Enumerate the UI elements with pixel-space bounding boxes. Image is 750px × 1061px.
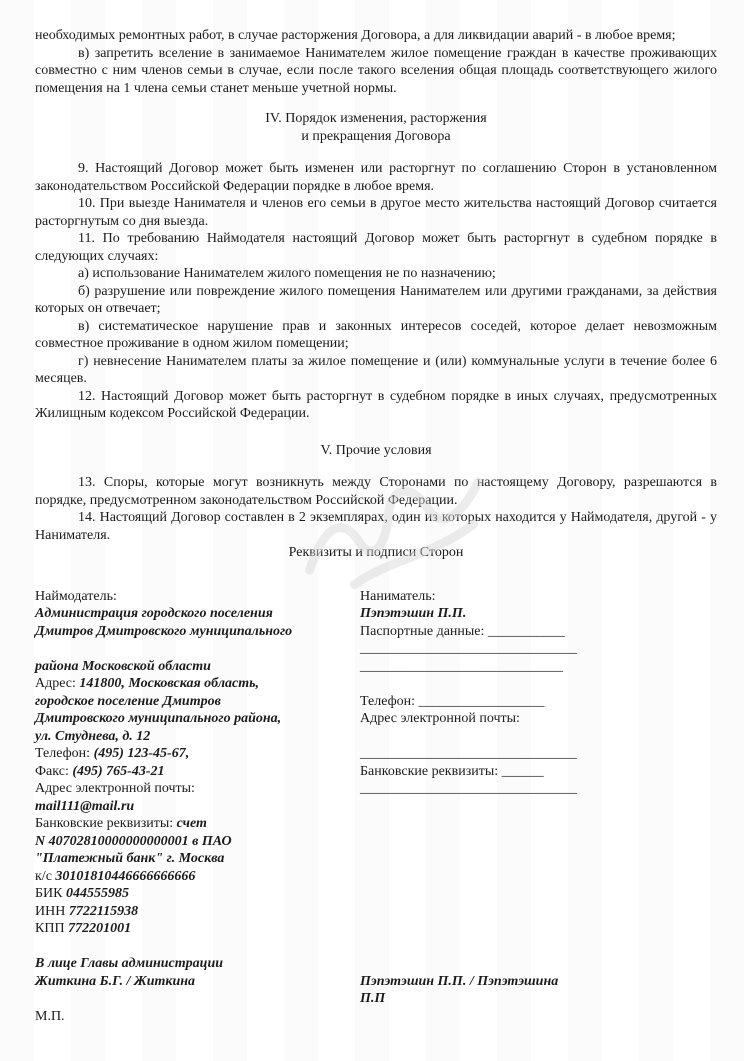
landlord-line: БИК 044555985 [35,885,346,903]
requisites-heading: Реквизиты и подписи Сторон [35,544,717,562]
tenant-line: Адрес электронной почты: [360,710,717,728]
landlord-line: Факс: (495) 765-43-21 [35,763,346,781]
field-label: Наймодатель: [35,589,117,604]
landlord-line: ул. Студнева, д. 12 [35,728,346,746]
field-value: 141800, Московская область, [79,676,259,691]
tenant-line [360,675,717,693]
section-4-heading-line1: IV. Порядок изменения, расторжения [35,110,717,128]
field-value: ул. Студнева, д. 12 [35,729,150,744]
section-4-heading: IV. Порядок изменения, расторжения и пре… [35,110,717,145]
tenant-line: _____________________________ [360,658,717,676]
landlord-signature-line: Житкина Б.Г. / Житкина [35,973,346,991]
blank-fill-line: _______________________________ [360,746,577,761]
field-label: Факс: [35,764,72,779]
paragraph-11b: б) разрушение или повреждение жилого пом… [35,283,717,318]
landlord-line: КПП 772201001 [35,920,346,938]
landlord-line: Банковские реквизиты: счет [35,815,346,833]
landlord-line: Адрес: 141800, Московская область, [35,675,346,693]
field-value: Администрация городского поселения [35,606,273,621]
field-label: Наниматель: [360,589,436,604]
field-label: Телефон: __________________ [360,694,545,709]
field-label: Банковские реквизиты: [35,816,177,831]
field-value: Дмитров Дмитровского муниципального [35,624,292,639]
field-label: к/с [35,869,55,884]
field-value: Дмитровского муниципального района, [35,711,281,726]
blank-fill-line: _____________________________ [360,659,563,674]
landlord-line: N 40702810000000000001 в ПАО [35,833,346,851]
field-value: 044555985 [66,886,129,901]
landlord-column: Наймодатель: Администрация городского по… [35,588,360,938]
tenant-line: _______________________________ [360,780,717,798]
paragraph-10: 10. При выезде Нанимателя и членов его с… [35,195,717,230]
paragraph-12: 12. Настоящий Договор может быть расторг… [35,388,717,423]
field-value: 30101810446666666666 [55,869,195,884]
paragraph-11: 11. По требованию Наймодателя настоящий … [35,230,717,265]
field-value: N 40702810000000000001 в ПАО [35,834,232,849]
paragraph-11v: в) систематическое нарушение прав и зако… [35,318,717,353]
tenant-line: _______________________________ [360,640,717,658]
landlord-line: Дмитровского муниципального района, [35,710,346,728]
section-4-heading-line2: и прекращения Договора [35,128,717,146]
blank-fill-line: _______________________________ [360,641,577,656]
field-label: Банковские реквизиты: ______ [360,764,544,779]
field-value: счет [177,816,207,831]
tenant-line: Телефон: __________________ [360,693,717,711]
tenant-line: _______________________________ [360,745,717,763]
field-value: mail111@mail.ru [35,799,134,814]
section-5-heading: V. Прочие условия [35,442,717,460]
field-value: Пэпэтэшин П.П. [360,606,466,621]
seal-mark: М.П. [35,1008,717,1026]
field-label: БИК [35,886,66,901]
tenant-line: Банковские реквизиты: ______ [360,763,717,781]
landlord-line: mail111@mail.ru [35,798,346,816]
field-value: (495) 765-43-21 [72,764,164,779]
field-label: Адрес электронной почты: [360,711,520,726]
field-value: городское поселение Дмитров [35,694,221,709]
paragraph-11a: а) использование Нанимателем жилого поме… [35,265,717,283]
landlord-line: Адрес электронной почты: [35,780,346,798]
field-label: Адрес: [35,676,79,691]
tenant-signature-line: П.П [360,990,717,1008]
signature-text: П.П [360,991,385,1006]
signature-text: В лице Главы администрации [35,956,223,971]
blank-fill-line: _______________________________ [360,781,577,796]
signature-text: Житкина Б.Г. / Житкина [35,974,195,989]
tenant-line: Паспортные данные: ___________ [360,623,717,641]
field-label: Паспортные данные: ___________ [360,624,565,639]
tenant-line: Наниматель: [360,588,717,606]
landlord-line: к/с 30101810446666666666 [35,868,346,886]
document-page: необходимых ремонтных работ, в случае ра… [0,0,750,1061]
field-label: Адрес электронной почты: [35,781,195,796]
paragraph-item-v-ban: в) запретить вселение в занимаемое Наним… [35,45,717,98]
field-label: КПП [35,921,68,936]
landlord-line: ИНН 7722115938 [35,903,346,921]
signature-text: Пэпэтэшин П.П. / Пэпэтэшина [360,974,558,989]
field-label: Телефон: [35,746,94,761]
signatures-row: В лице Главы администрации Житкина Б.Г. … [35,955,717,1008]
tenant-signature-spacer [360,955,717,973]
requisites-columns: Наймодатель: Администрация городского по… [35,588,717,938]
landlord-line: Дмитров Дмитровского муниципального [35,623,346,641]
landlord-signature: В лице Главы администрации Житкина Б.Г. … [35,955,360,1008]
tenant-signature-line: Пэпэтэшин П.П. / Пэпэтэшина [360,973,717,991]
paragraph-9: 9. Настоящий Договор может быть изменен … [35,160,717,195]
paragraph-13: 13. Споры, которые могут возникнуть межд… [35,474,717,509]
tenant-line: Пэпэтэшин П.П. [360,605,717,623]
field-value: "Платежный банк" г. Москва [35,851,224,866]
landlord-signature-line: В лице Главы администрации [35,955,346,973]
landlord-line: Телефон: (495) 123-45-67, [35,745,346,763]
landlord-line: "Платежный банк" г. Москва [35,850,346,868]
paragraph-carryover: необходимых ремонтных работ, в случае ра… [35,27,717,45]
paragraph-11g: г) невнесение Нанимателем платы за жилое… [35,353,717,388]
field-label: ИНН [35,904,69,919]
landlord-line: городское поселение Дмитров [35,693,346,711]
tenant-signature: Пэпэтэшин П.П. / Пэпэтэшина П.П [360,955,717,1008]
landlord-line [35,640,346,658]
tenant-column: Наниматель: Пэпэтэшин П.П. Паспортные да… [360,588,717,938]
landlord-line: Наймодатель: [35,588,346,606]
field-value: района Московской области [35,659,211,674]
field-value: 772201001 [68,921,131,936]
landlord-line: района Московской области [35,658,346,676]
landlord-line: Администрация городского поселения [35,605,346,623]
tenant-line [360,728,717,746]
field-value: 7722115938 [69,904,138,919]
field-value: (495) 123-45-67, [94,746,190,761]
paragraph-14: 14. Настоящий Договор составлен в 2 экзе… [35,509,717,544]
